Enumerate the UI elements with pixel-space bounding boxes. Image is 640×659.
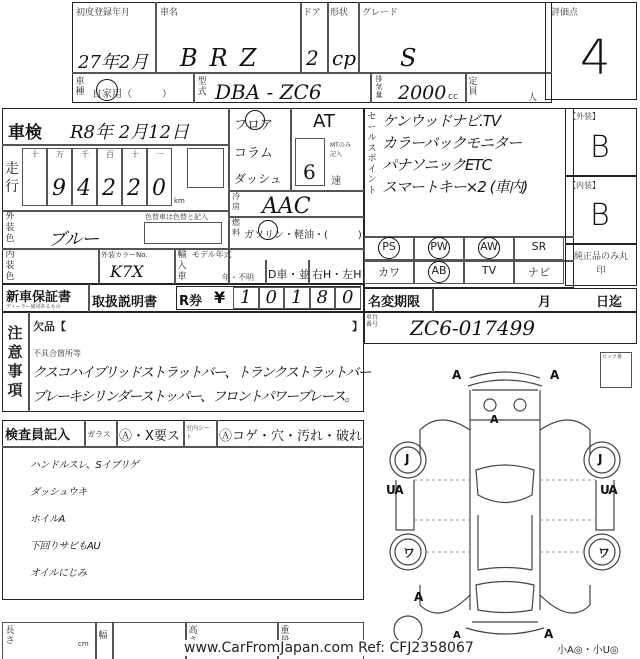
recycle-digit: 1 (240, 287, 251, 308)
first-registration-label: 初度登録年月 (76, 5, 130, 18)
damage-mark-wheel-rl: ワ (403, 544, 414, 561)
genuine-only-label: 純正品のみ丸印 (572, 250, 630, 278)
divider (308, 260, 310, 284)
equipment-カワ[interactable]: カワ (364, 264, 414, 280)
interior-color-label: 内装色 (4, 250, 16, 283)
gears-unit: 速 (331, 172, 341, 187)
damage-mark-front-left: A (452, 368, 460, 382)
divider (2, 446, 364, 448)
damage-mark-front-right: A (550, 368, 558, 382)
grade-label: グレード (362, 5, 398, 18)
manual-label: 取扱説明書 (92, 291, 157, 310)
mileage-digit: 9 (52, 176, 66, 201)
model-year-label: モデル年式 (192, 249, 232, 260)
inspector-line: ホイルA (30, 510, 65, 525)
divider (98, 248, 100, 284)
car-diagram (380, 360, 630, 650)
color-change-box (144, 222, 222, 244)
sales-points-label: セールスポイント (366, 112, 378, 196)
import-label: 輸入車 (176, 250, 188, 283)
ac-label: 冷房 (230, 192, 242, 212)
interior-rating-value: B (590, 198, 610, 233)
model-code-label: 型式 (196, 77, 208, 97)
glass-value: Ⓐ・X要ス (119, 425, 180, 444)
divider (327, 2, 329, 72)
color-no-value: K7X (110, 262, 144, 281)
score-value: 4 (580, 30, 611, 86)
color-no-label: 外装カラーNo. (101, 250, 148, 260)
exterior-rating-value: B (590, 130, 610, 165)
transmission-value: AT (313, 111, 335, 132)
model-year-unknown: 年・不明 (222, 272, 254, 283)
missing-items-label: 欠品【 (33, 318, 66, 334)
divider (2, 144, 228, 146)
displacement-value: 2000 (398, 82, 446, 104)
warranty-sub: ディーラー備別あるもの (6, 303, 61, 310)
divider (183, 420, 185, 446)
damage-mark-wheel-fr: J (598, 452, 601, 466)
score-label: 評価点 (551, 5, 578, 18)
divider (216, 420, 218, 446)
sales-point-line: スマートキー×2 (車内) (382, 176, 527, 197)
dealer-option[interactable]: D車・並 (268, 266, 309, 282)
inspection-label: 車検 (8, 118, 42, 143)
divider (193, 72, 195, 103)
divider (155, 2, 157, 72)
defects-label: 不具合箇所等 (33, 348, 81, 359)
length-unit: cm (78, 640, 89, 648)
divider (370, 72, 372, 103)
inspector-line: 下回りサビもAU (30, 537, 100, 552)
car-name-label: 車名 (160, 5, 178, 18)
divider (84, 420, 86, 446)
inspector-line: ハンドルスレ、Sイブリゲ (30, 456, 138, 471)
exterior-color-note: 色替車は色替と記入 (145, 212, 208, 222)
notes-line-1: クスコハイブリッドストラットバー、トランクストラットバー (32, 362, 370, 382)
mileage-digit: 0 (152, 176, 166, 201)
interior-seat-label: 室内シート (186, 423, 214, 441)
notes-line-2: ブレーキシリンダーストッパー、フロントパワーブレース。 (32, 386, 357, 406)
recycle-digit: 0 (342, 287, 353, 308)
divider (290, 108, 292, 190)
damage-mark-right-side: UA (600, 483, 617, 497)
watermark: www.CarFromJapan.com Ref: CFJ2358067 (184, 640, 474, 656)
mileage-digit-header: 十 (31, 149, 39, 160)
gears-value: 6 (303, 160, 316, 184)
recycle-digit: 1 (291, 287, 302, 308)
fuel-label: 燃料 (230, 218, 242, 238)
sales-point-line: パナソニックETC (382, 154, 491, 175)
damage-mark-hood: A (490, 413, 498, 426)
body-type-value: cp (332, 46, 356, 70)
divider (116, 420, 118, 446)
width-label: 幅 (97, 630, 109, 642)
damage-mark-wheel-rr: ワ (598, 544, 609, 561)
mileage-digit: 2 (127, 176, 141, 201)
equipment-sr[interactable]: SR (514, 240, 564, 253)
recycle-digit: 0 (266, 287, 277, 308)
body-type-label: 形状 (330, 5, 348, 18)
name-change-month: 月 (538, 291, 551, 310)
mileage-digit: 2 (102, 176, 116, 201)
equipment-ナビ[interactable]: ナビ (514, 264, 564, 280)
inspector-label: 検査員記入 (5, 424, 70, 443)
mileage-digit-header: 百 (106, 149, 114, 160)
shift-column[interactable]: コラム (234, 142, 273, 161)
displacement-label: 排気量 (373, 75, 385, 99)
handle-option[interactable]: 右H・左H (312, 266, 362, 282)
damage-mark-rear-bumper-right: A (544, 627, 552, 641)
first-registration-value: 27年2月 (78, 48, 148, 74)
mileage-digit-header: 一 (156, 149, 164, 160)
interior-seat-value: Ⓐコゲ・穴・汚れ・破れ (219, 425, 362, 444)
mt-note: MTのみ記入 (330, 140, 354, 158)
missing-items-close: 】 (352, 318, 363, 334)
damage-legend: 小A◎・小U◎ (557, 641, 619, 656)
damage-mark-left-side: UA (386, 483, 403, 497)
divider (265, 260, 267, 284)
capacity-label: 定員 (467, 77, 479, 97)
fuel-circle (258, 220, 278, 240)
exterior-color-label: 外装色 (4, 212, 16, 245)
divider (88, 284, 90, 312)
sales-point-line: カラーバックモニター (382, 132, 521, 153)
chassis-label: 車台番号 (366, 314, 378, 328)
lot-box-label: ロッツ番 (602, 353, 622, 360)
name-change-label: 名変期限 (368, 291, 420, 310)
vehicle-kind-label: 車種 (74, 77, 86, 97)
divider (358, 2, 360, 72)
doors-label: ドア (303, 5, 321, 18)
car-name-value: BRZ (180, 44, 268, 72)
vehicle-kind-circle (96, 79, 118, 101)
divider (112, 622, 114, 659)
damage-mark-wheel-fl: J (405, 452, 408, 466)
inspector-line: オイルにじみ (30, 564, 87, 579)
mileage-label: 走行 (4, 160, 20, 196)
equipment-circle (478, 237, 500, 259)
doors-value: 2 (306, 46, 319, 70)
sales-point-line: ケンウッドナビ.TV (382, 110, 500, 131)
equipment-tv[interactable]: TV (464, 264, 514, 277)
model-code-value: DBA - ZC6 (215, 80, 322, 104)
divider (228, 190, 364, 192)
divider (300, 2, 302, 72)
length-label: 長さ (4, 626, 16, 646)
ac-value: AAC (262, 194, 311, 219)
recycle-label: R券 (179, 290, 202, 309)
mileage-digit-header: 千 (81, 149, 89, 160)
capacity-unit: 人 (528, 90, 537, 103)
grade-value: S (400, 44, 416, 72)
glass-label: ガラス (87, 429, 111, 440)
name-change-day: 日迄 (596, 291, 622, 310)
mileage-digit: 4 (77, 176, 91, 201)
mileage-unit: km (174, 197, 185, 205)
inspection-value: R8年 2月12日 (70, 118, 189, 144)
chassis-value: ZC6-017499 (410, 316, 535, 340)
divider (28, 312, 30, 412)
divider (432, 288, 434, 312)
damage-mark-rear-left-fender: A (414, 590, 422, 604)
mileage-digit-header: 十 (131, 149, 139, 160)
recycle-digit: 8 (317, 287, 328, 308)
exterior-color-value: ブルー (48, 225, 98, 251)
yen-symbol: ¥ (214, 288, 225, 307)
shift-dash[interactable]: ダッシュ (234, 170, 282, 187)
equipment-circle (378, 237, 400, 259)
mileage-digit-header: 万 (56, 149, 64, 160)
interior-rating-label: 【内装】 (568, 180, 600, 191)
notes-label: 注意事項 (7, 324, 23, 400)
equipment-circle (428, 237, 450, 259)
equipment-circle (428, 261, 450, 283)
displacement-unit: cc (448, 92, 458, 102)
mileage-extra-box (187, 148, 224, 188)
shift-floor-circle (245, 110, 265, 130)
inspector-line: ダッシュウキ (30, 483, 87, 498)
exterior-rating-label: 【外装】 (568, 111, 600, 122)
